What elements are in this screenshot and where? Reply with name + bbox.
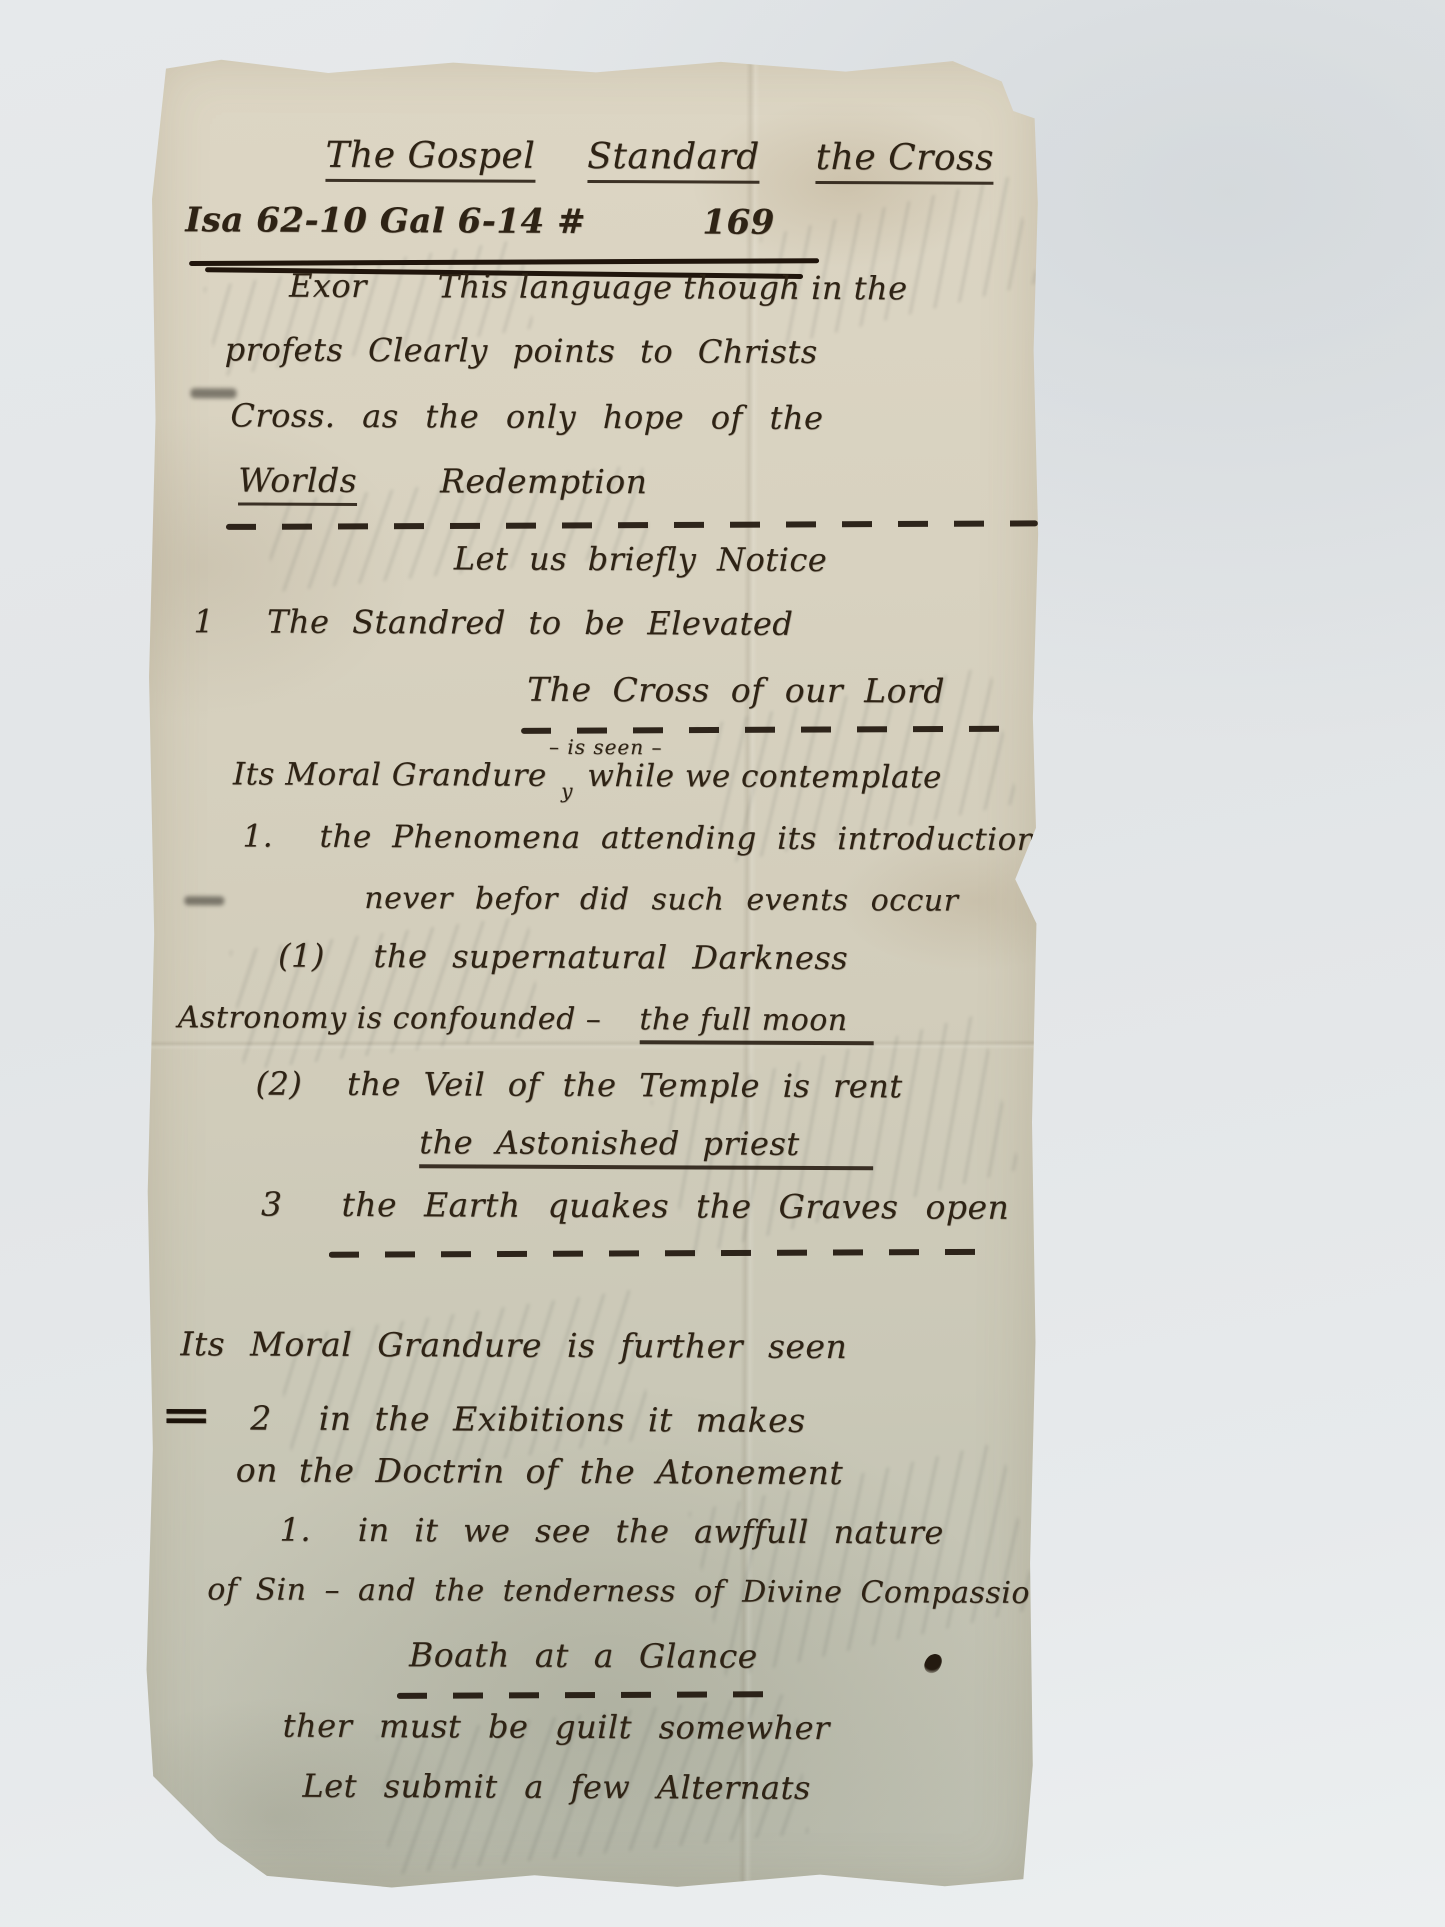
interlinear-insertion: – is seen – [549, 735, 663, 759]
scripture-reference-line: Isa 62-10 Gal 6-14 # 169 [185, 200, 775, 243]
manuscript-line: Its Moral Grandure y while we contemplat… [233, 756, 942, 804]
heading-line: 1 The Standred to be Elevated [193, 602, 793, 643]
manuscript-line: ther must be guilt somewher [283, 1707, 830, 1747]
heading-line: Its Moral Grandure is further seen [180, 1324, 847, 1366]
scripture-reference: Isa 62-10 Gal 6-14 # [185, 200, 586, 242]
manuscript-line: the Astonished priest [419, 1123, 874, 1170]
manuscript-line: Astronomy is confounded – the full moon [178, 1000, 874, 1045]
dash-underline-row [329, 1249, 989, 1258]
manuscript-line: on the Doctrin of the Atonement [236, 1450, 844, 1492]
manuscript-line: Cross. as the only hope of the [230, 396, 823, 437]
heading-line: Boath at a Glance [409, 1635, 758, 1676]
exordium-label: Exor [289, 267, 367, 305]
manuscript-line: Let us briefly Notice [454, 539, 828, 579]
manuscript-line: of Sin – and the tenderness of Divine Co… [207, 1572, 1050, 1611]
manuscript-line: 3 the Earth quakes the Graves open [261, 1185, 1009, 1227]
heavy-underline [189, 258, 819, 266]
manuscript-line: Worlds Redemption [238, 460, 648, 507]
dash-underline-row [521, 726, 1011, 734]
dash-underline-row [397, 1691, 787, 1699]
manuscript-paper-sheet: The Gospel Standard the Cross Isa 62-10 … [142, 52, 1042, 1894]
caret-mark: y [561, 779, 573, 803]
manuscript-line: Exor This language though in the [289, 267, 908, 308]
list-number: 1 [193, 602, 214, 640]
manuscript-line: profets Clearly points to Christs [225, 330, 818, 371]
manuscript-line: 1. the Phenomena attending its introduct… [243, 818, 1038, 857]
ink-blot [922, 1651, 944, 1675]
list-number: 3 [261, 1185, 283, 1224]
heading-line: The Cross of our Lord [527, 670, 945, 711]
margin-emphasis-mark: = [160, 1390, 210, 1439]
title-word: The Gospel [325, 135, 535, 183]
dash-underline-row [226, 520, 1038, 530]
title-line: The Gospel Standard the Cross [325, 135, 994, 185]
title-word: Standard [587, 136, 760, 184]
margin-smudge [184, 896, 224, 905]
list-number: 2 [250, 1399, 272, 1438]
list-number: 1. [279, 1511, 311, 1549]
manuscript-line: Let submit a few Alternats [302, 1767, 811, 1807]
manuscript-line: (2) the Veil of the Temple is rent [255, 1065, 902, 1106]
manuscript-line: 1. in it we see the awffull nature [279, 1511, 943, 1552]
manuscript-line: = 2 in the Exibitions it makes [168, 1390, 806, 1442]
photograph-background: The Gospel Standard the Cross Isa 62-10 … [0, 0, 1445, 1927]
manuscript-line: (1) the supernatural Darkness [278, 937, 848, 977]
list-number: (2) [255, 1065, 302, 1103]
title-word: the Cross [816, 137, 994, 185]
list-number: (1) [278, 937, 325, 975]
manuscript-line: never befor did such events occur [364, 881, 958, 919]
sermon-number: 169 [702, 202, 775, 242]
list-number: 1. [243, 818, 274, 854]
